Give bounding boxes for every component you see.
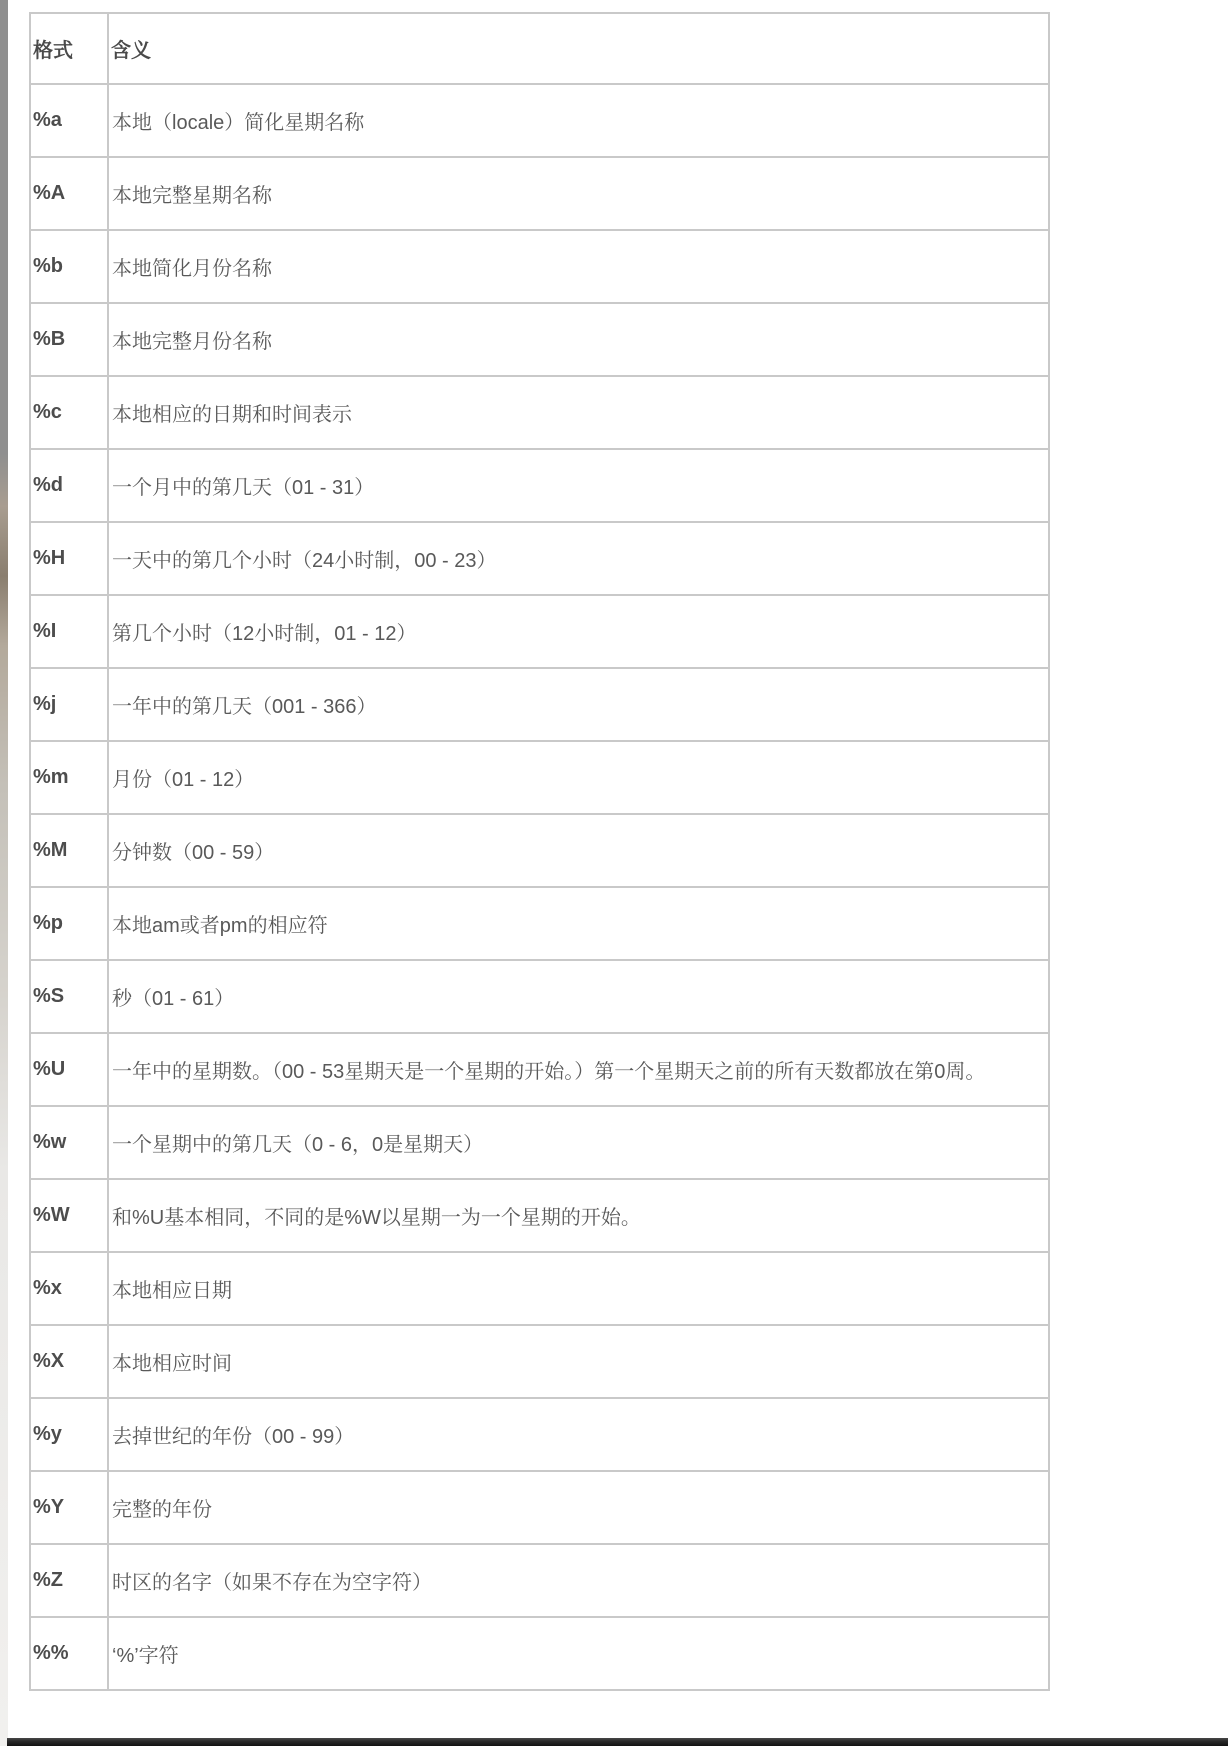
format-meaning-cell: 和%U基本相同，不同的是%W以星期一为一个星期的开始。	[108, 1179, 1049, 1252]
format-code-cell: %b	[30, 230, 108, 303]
format-meaning-cell: 完整的年份	[108, 1471, 1049, 1544]
table-row: %S 秒（01 - 61）	[30, 960, 1049, 1033]
table-row: %Z 时区的名字（如果不存在为空字符）	[30, 1544, 1049, 1617]
table-row: %m 月份（01 - 12）	[30, 741, 1049, 814]
bottom-window-edge-bar	[7, 1738, 1228, 1746]
page-background-sliver	[0, 0, 8, 1746]
table-row: %x 本地相应日期	[30, 1252, 1049, 1325]
table-row: %b 本地简化月份名称	[30, 230, 1049, 303]
format-meaning-cell: 本地am或者pm的相应符	[108, 887, 1049, 960]
format-meaning-cell: 月份（01 - 12）	[108, 741, 1049, 814]
format-meaning-cell: 分钟数（00 - 59）	[108, 814, 1049, 887]
page: 格式 含义 %a 本地（locale）简化星期名称 %A 本地完整星期名称 %b…	[0, 0, 1228, 1746]
format-code-cell: %I	[30, 595, 108, 668]
format-code-cell: %X	[30, 1325, 108, 1398]
format-code-cell: %A	[30, 157, 108, 230]
table-row: %I 第几个小时（12小时制，01 - 12）	[30, 595, 1049, 668]
format-meaning-cell: 一年中的星期数。（00 - 53星期天是一个星期的开始。）第一个星期天之前的所有…	[108, 1033, 1049, 1106]
format-meaning-cell: 本地相应的日期和时间表示	[108, 376, 1049, 449]
table-row: %c 本地相应的日期和时间表示	[30, 376, 1049, 449]
format-meaning-cell: 一个星期中的第几天（0 - 6，0是星期天）	[108, 1106, 1049, 1179]
format-meaning-cell: ‘%’字符	[108, 1617, 1049, 1690]
format-code-cell: %d	[30, 449, 108, 522]
format-code-cell: %x	[30, 1252, 108, 1325]
table-row: %Y 完整的年份	[30, 1471, 1049, 1544]
format-meaning-cell: 一年中的第几天（001 - 366）	[108, 668, 1049, 741]
table-row: %d 一个月中的第几天（01 - 31）	[30, 449, 1049, 522]
format-code-cell: %H	[30, 522, 108, 595]
format-table-header: 格式 含义	[30, 13, 1049, 84]
format-meaning-cell: 本地相应时间	[108, 1325, 1049, 1398]
table-row: %W 和%U基本相同，不同的是%W以星期一为一个星期的开始。	[30, 1179, 1049, 1252]
format-code-cell: %%	[30, 1617, 108, 1690]
format-code-cell: %W	[30, 1179, 108, 1252]
format-meaning-cell: 一天中的第几个小时（24小时制，00 - 23）	[108, 522, 1049, 595]
format-table-body: %a 本地（locale）简化星期名称 %A 本地完整星期名称 %b 本地简化月…	[30, 84, 1049, 1690]
strftime-format-table: 格式 含义 %a 本地（locale）简化星期名称 %A 本地完整星期名称 %b…	[29, 12, 1050, 1691]
format-code-cell: %y	[30, 1398, 108, 1471]
format-meaning-cell: 一个月中的第几天（01 - 31）	[108, 449, 1049, 522]
format-meaning-cell: 本地简化月份名称	[108, 230, 1049, 303]
table-row: %H 一天中的第几个小时（24小时制，00 - 23）	[30, 522, 1049, 595]
table-row: %% ‘%’字符	[30, 1617, 1049, 1690]
table-row: %A 本地完整星期名称	[30, 157, 1049, 230]
table-row: %w 一个星期中的第几天（0 - 6，0是星期天）	[30, 1106, 1049, 1179]
format-meaning-cell: 去掉世纪的年份（00 - 99）	[108, 1398, 1049, 1471]
format-meaning-cell: 秒（01 - 61）	[108, 960, 1049, 1033]
table-row: %U 一年中的星期数。（00 - 53星期天是一个星期的开始。）第一个星期天之前…	[30, 1033, 1049, 1106]
header-cell-meaning: 含义	[108, 13, 1049, 84]
table-row: %B 本地完整月份名称	[30, 303, 1049, 376]
format-code-cell: %c	[30, 376, 108, 449]
table-row: %M 分钟数（00 - 59）	[30, 814, 1049, 887]
format-code-cell: %M	[30, 814, 108, 887]
format-meaning-cell: 时区的名字（如果不存在为空字符）	[108, 1544, 1049, 1617]
format-code-cell: %a	[30, 84, 108, 157]
format-meaning-cell: 本地相应日期	[108, 1252, 1049, 1325]
format-meaning-cell: 本地（locale）简化星期名称	[108, 84, 1049, 157]
format-code-cell: %U	[30, 1033, 108, 1106]
format-code-cell: %Y	[30, 1471, 108, 1544]
table-row: %y 去掉世纪的年份（00 - 99）	[30, 1398, 1049, 1471]
format-table-container: 格式 含义 %a 本地（locale）简化星期名称 %A 本地完整星期名称 %b…	[29, 12, 1050, 1691]
format-meaning-cell: 第几个小时（12小时制，01 - 12）	[108, 595, 1049, 668]
table-row: %j 一年中的第几天（001 - 366）	[30, 668, 1049, 741]
table-row: %p 本地am或者pm的相应符	[30, 887, 1049, 960]
format-code-cell: %S	[30, 960, 108, 1033]
format-code-cell: %p	[30, 887, 108, 960]
header-row: 格式 含义	[30, 13, 1049, 84]
format-code-cell: %w	[30, 1106, 108, 1179]
table-row: %X 本地相应时间	[30, 1325, 1049, 1398]
format-code-cell: %j	[30, 668, 108, 741]
format-code-cell: %m	[30, 741, 108, 814]
format-meaning-cell: 本地完整星期名称	[108, 157, 1049, 230]
format-code-cell: %B	[30, 303, 108, 376]
format-code-cell: %Z	[30, 1544, 108, 1617]
header-cell-format: 格式	[30, 13, 108, 84]
format-meaning-cell: 本地完整月份名称	[108, 303, 1049, 376]
table-row: %a 本地（locale）简化星期名称	[30, 84, 1049, 157]
